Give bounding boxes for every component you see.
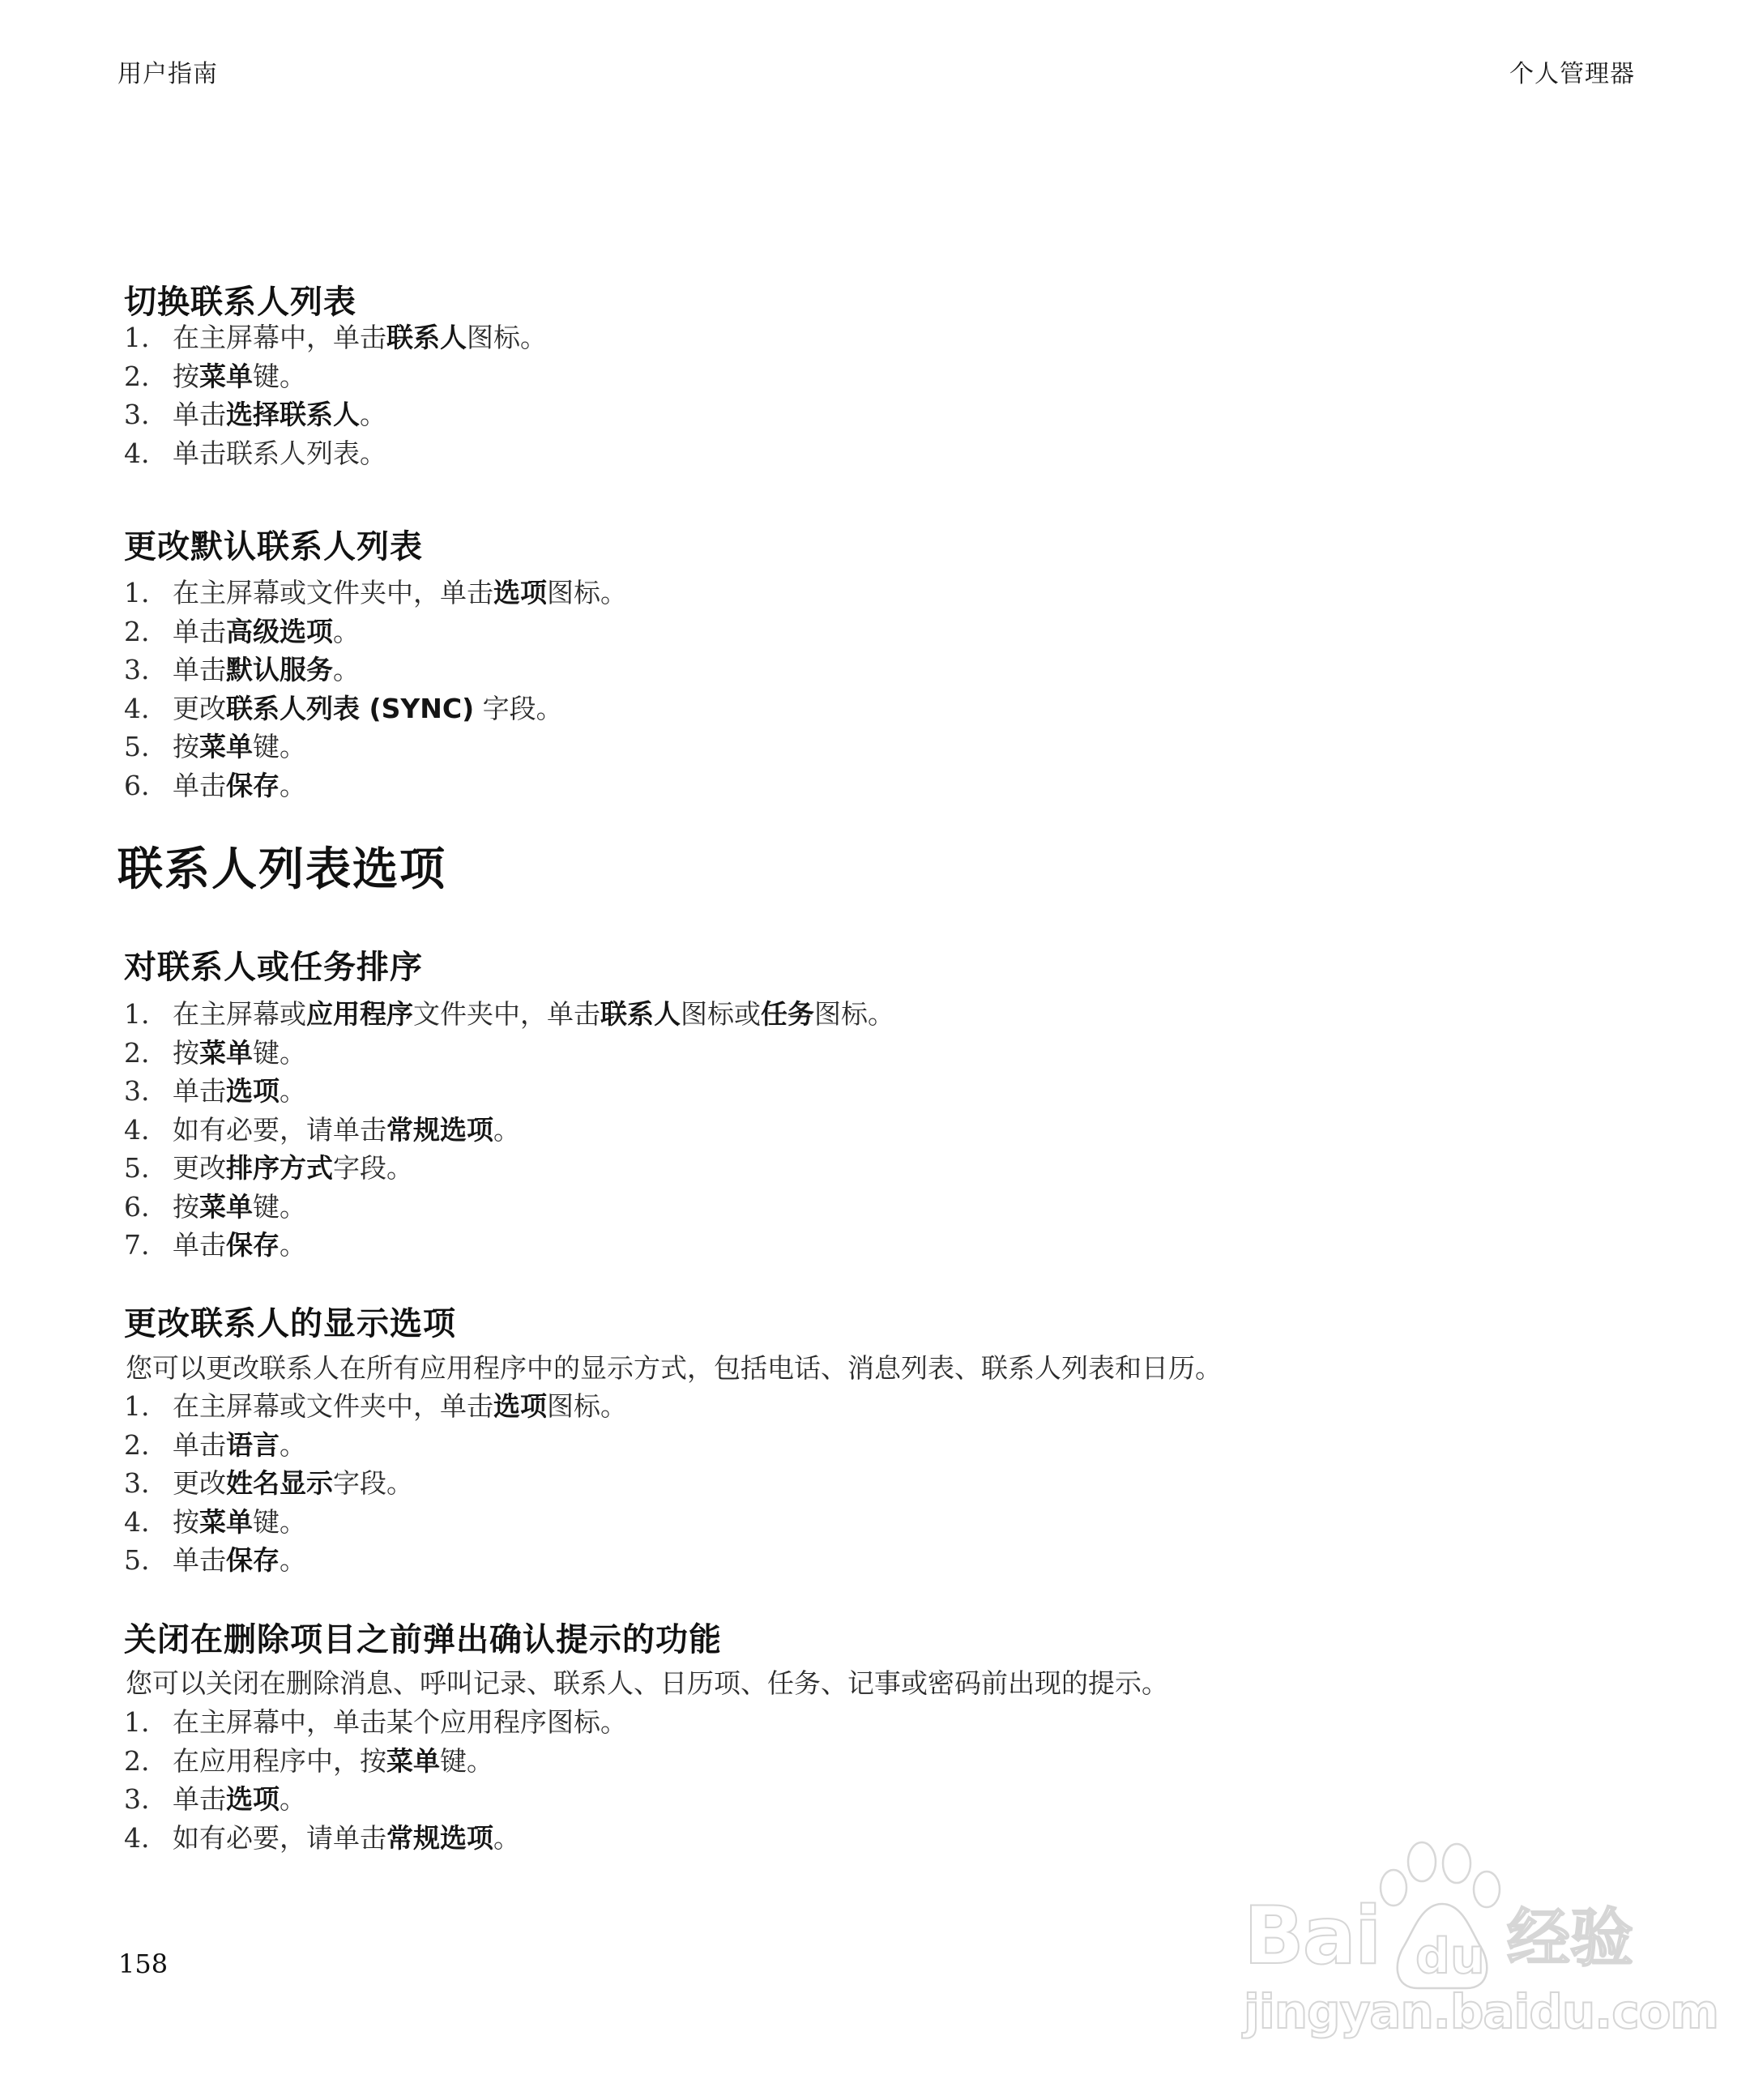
- step-number: 3.: [124, 651, 164, 689]
- running-header-right: 个人管理器: [1509, 58, 1635, 91]
- section-intro: 您可以关闭在删除消息、呼叫记录、联系人、日历项、任务、记事或密码前出现的提示。: [126, 1664, 1168, 1703]
- step-item: 6.按菜单键。: [124, 1188, 894, 1227]
- step-number: 3.: [124, 1072, 164, 1111]
- step-number: 3.: [124, 1780, 164, 1819]
- ui-label-emphasis: 应用程序: [306, 998, 413, 1030]
- step-item: 3.单击选择联系人。: [124, 395, 547, 434]
- step-text: 单击: [173, 1783, 226, 1815]
- step-text: 单击: [173, 1429, 226, 1461]
- step-text: 。: [333, 616, 360, 647]
- ui-label-emphasis: 选项: [493, 1390, 547, 1422]
- step-item: 4.如有必要，请单击常规选项。: [124, 1819, 627, 1858]
- step-text: 字段。: [333, 1467, 413, 1499]
- watermark-brand-latin: Bai: [1244, 1896, 1380, 1977]
- step-item: 3.更改姓名显示字段。: [124, 1464, 627, 1503]
- step-number: 5.: [124, 728, 164, 766]
- step-text: 按: [173, 1037, 199, 1069]
- step-number: 3.: [124, 395, 164, 434]
- step-number: 4.: [124, 1111, 164, 1150]
- step-item: 4.单击联系人列表。: [124, 434, 547, 473]
- paw-icon: [1377, 1839, 1507, 1928]
- section-heading: 关闭在删除项目之前弹出确认提示的功能: [124, 1621, 722, 1658]
- baidu-jingyan-watermark: Bai du 经验 jingyan.baidu.com: [1236, 1839, 1657, 2050]
- step-text: 按: [173, 1506, 199, 1538]
- step-text: 单击: [173, 654, 226, 685]
- step-text: 。: [280, 1229, 306, 1261]
- step-item: 2.按菜单键。: [124, 357, 547, 396]
- ui-label-emphasis: 联系人列表 (SYNC): [226, 693, 474, 724]
- step-item: 1.在主屏幕中，单击联系人图标。: [124, 318, 547, 357]
- ui-label-emphasis: 常规选项: [386, 1822, 493, 1854]
- ui-label-emphasis: 菜单: [199, 1037, 253, 1069]
- running-header-left: 用户指南: [117, 58, 218, 91]
- step-text: 如有必要，请单击: [173, 1822, 386, 1854]
- step-text: 在主屏幕中，单击某个应用程序图标。: [173, 1706, 627, 1738]
- step-number: 7.: [124, 1226, 164, 1265]
- ui-label-emphasis: 任务: [761, 998, 814, 1030]
- step-text: 键。: [253, 1037, 306, 1069]
- step-number: 4.: [124, 1819, 164, 1858]
- step-number: 4.: [124, 689, 164, 728]
- step-item: 6.单击保存。: [124, 766, 627, 805]
- step-text: 图标。: [547, 577, 627, 608]
- step-list: 1.在主屏幕或文件夹中，单击选项图标。2.单击语言。3.更改姓名显示字段。4.按…: [124, 1387, 627, 1580]
- step-item: 3.单击选项。: [124, 1072, 894, 1111]
- step-text: 图标或: [681, 998, 761, 1030]
- ui-label-emphasis: 保存: [226, 770, 280, 801]
- ui-label-emphasis: 联系人: [386, 322, 467, 353]
- step-item: 2.在应用程序中，按菜单键。: [124, 1742, 627, 1781]
- watermark-brand-badge: du: [1415, 1928, 1485, 1985]
- ui-label-emphasis: 选项: [493, 577, 547, 608]
- ui-label-emphasis: 选项: [226, 1783, 280, 1815]
- ui-label-emphasis: 保存: [226, 1229, 280, 1261]
- step-text: 更改: [173, 693, 226, 724]
- step-number: 6.: [124, 1188, 164, 1227]
- step-text: 键。: [253, 731, 306, 762]
- ui-label-emphasis: 菜单: [386, 1745, 440, 1777]
- step-text: 在主屏幕中，单击: [173, 322, 386, 353]
- ui-label-emphasis: 排序方式: [226, 1152, 333, 1184]
- step-text: 在主屏幕或文件夹中，单击: [173, 577, 493, 608]
- step-item: 5.更改排序方式字段。: [124, 1149, 894, 1188]
- step-text: 单击: [173, 399, 226, 430]
- step-number: 2.: [124, 1034, 164, 1073]
- step-text: 键。: [253, 361, 306, 392]
- chapter-heading: 联系人列表选项: [117, 844, 446, 896]
- step-text: 在应用程序中，按: [173, 1745, 386, 1777]
- ui-label-emphasis: 选择联系人: [226, 399, 360, 430]
- ui-label-emphasis: 常规选项: [386, 1114, 493, 1146]
- step-text: 单击: [173, 616, 226, 647]
- step-list: 1.在主屏幕中，单击联系人图标。2.按菜单键。3.单击选择联系人。4.单击联系人…: [124, 318, 547, 472]
- section-heading: 对联系人或任务排序: [124, 949, 423, 986]
- step-text: 文件夹中，单击: [413, 998, 600, 1030]
- step-text: 如有必要，请单击: [173, 1114, 386, 1146]
- section-heading: 切换联系人列表: [124, 284, 356, 321]
- step-text: 。: [360, 399, 386, 430]
- step-number: 2.: [124, 357, 164, 396]
- step-text: 单击: [173, 770, 226, 801]
- step-text: 。: [280, 1429, 306, 1461]
- ui-label-emphasis: 姓名显示: [226, 1467, 333, 1499]
- step-text: 键。: [253, 1506, 306, 1538]
- step-item: 1.在主屏幕或文件夹中，单击选项图标。: [124, 574, 627, 612]
- step-list: 1.在主屏幕或应用程序文件夹中，单击联系人图标或任务图标。2.按菜单键。3.单击…: [124, 995, 894, 1265]
- step-item: 1.在主屏幕或文件夹中，单击选项图标。: [124, 1387, 627, 1426]
- watermark-brand-cn: 经验: [1507, 1902, 1633, 1975]
- step-text: 图标。: [467, 322, 547, 353]
- step-item: 1.在主屏幕或应用程序文件夹中，单击联系人图标或任务图标。: [124, 995, 894, 1034]
- step-item: 4.如有必要，请单击常规选项。: [124, 1111, 894, 1150]
- step-item: 2.单击语言。: [124, 1426, 627, 1465]
- step-text: 图标。: [814, 998, 894, 1030]
- ui-label-emphasis: 菜单: [199, 731, 253, 762]
- ui-label-emphasis: 默认服务: [226, 654, 333, 685]
- step-text: 。: [280, 1544, 306, 1576]
- ui-label-emphasis: 菜单: [199, 1191, 253, 1223]
- ui-label-emphasis: 选项: [226, 1075, 280, 1107]
- step-text: 单击: [173, 1229, 226, 1261]
- step-text: 字段。: [333, 1152, 413, 1184]
- section-heading: 更改默认联系人列表: [124, 528, 423, 566]
- step-number: 2.: [124, 1426, 164, 1465]
- step-item: 7.单击保存。: [124, 1226, 894, 1265]
- step-text: 。: [493, 1822, 520, 1854]
- step-number: 1.: [124, 318, 164, 357]
- ui-label-emphasis: 联系人: [600, 998, 681, 1030]
- step-text: 。: [280, 770, 306, 801]
- step-item: 5.按菜单键。: [124, 728, 627, 766]
- step-text: 键。: [253, 1191, 306, 1223]
- step-text: 。: [333, 654, 360, 685]
- step-text: 在主屏幕或文件夹中，单击: [173, 1390, 493, 1422]
- step-number: 5.: [124, 1541, 164, 1580]
- step-item: 3.单击默认服务。: [124, 651, 627, 689]
- step-number: 1.: [124, 995, 164, 1034]
- step-item: 2.按菜单键。: [124, 1034, 894, 1073]
- section-intro: 您可以更改联系人在所有应用程序中的显示方式，包括电话、消息列表、联系人列表和日历…: [126, 1349, 1222, 1388]
- step-item: 3.单击选项。: [124, 1780, 627, 1819]
- step-item: 4.按菜单键。: [124, 1503, 627, 1542]
- step-number: 5.: [124, 1149, 164, 1188]
- step-number: 3.: [124, 1464, 164, 1503]
- step-item: 4.更改联系人列表 (SYNC) 字段。: [124, 689, 627, 728]
- section-heading: 更改联系人的显示选项: [124, 1305, 456, 1342]
- step-text: 字段。: [474, 693, 563, 724]
- step-list: 1.在主屏幕中，单击某个应用程序图标。2.在应用程序中，按菜单键。3.单击选项。…: [124, 1703, 627, 1857]
- step-number: 1.: [124, 574, 164, 612]
- step-text: 更改: [173, 1152, 226, 1184]
- step-number: 1.: [124, 1703, 164, 1742]
- step-number: 2.: [124, 612, 164, 651]
- ui-label-emphasis: 菜单: [199, 1506, 253, 1538]
- step-text: 在主屏幕或: [173, 998, 306, 1030]
- step-number: 2.: [124, 1742, 164, 1781]
- watermark-url: jingyan.baidu.com: [1244, 1983, 1718, 2040]
- step-text: 按: [173, 361, 199, 392]
- ui-label-emphasis: 高级选项: [226, 616, 333, 647]
- page-number: 158: [118, 1948, 168, 1980]
- step-text: 单击联系人列表。: [173, 437, 386, 469]
- step-item: 5.单击保存。: [124, 1541, 627, 1580]
- step-text: 键。: [440, 1745, 493, 1777]
- step-text: 单击: [173, 1544, 226, 1576]
- du-badge-shape: [1389, 1897, 1495, 1995]
- ui-label-emphasis: 语言: [226, 1429, 280, 1461]
- step-item: 1.在主屏幕中，单击某个应用程序图标。: [124, 1703, 627, 1742]
- step-number: 4.: [124, 1503, 164, 1542]
- step-number: 6.: [124, 766, 164, 805]
- step-text: 。: [280, 1075, 306, 1107]
- step-number: 4.: [124, 434, 164, 473]
- step-text: 。: [493, 1114, 520, 1146]
- step-text: 按: [173, 1191, 199, 1223]
- step-text: 按: [173, 731, 199, 762]
- step-text: 更改: [173, 1467, 226, 1499]
- ui-label-emphasis: 保存: [226, 1544, 280, 1576]
- step-list: 1.在主屏幕或文件夹中，单击选项图标。2.单击高级选项。3.单击默认服务。4.更…: [124, 574, 627, 805]
- step-item: 2.单击高级选项。: [124, 612, 627, 651]
- ui-label-emphasis: 菜单: [199, 361, 253, 392]
- step-text: 。: [280, 1783, 306, 1815]
- step-number: 1.: [124, 1387, 164, 1426]
- step-text: 图标。: [547, 1390, 627, 1422]
- step-text: 单击: [173, 1075, 226, 1107]
